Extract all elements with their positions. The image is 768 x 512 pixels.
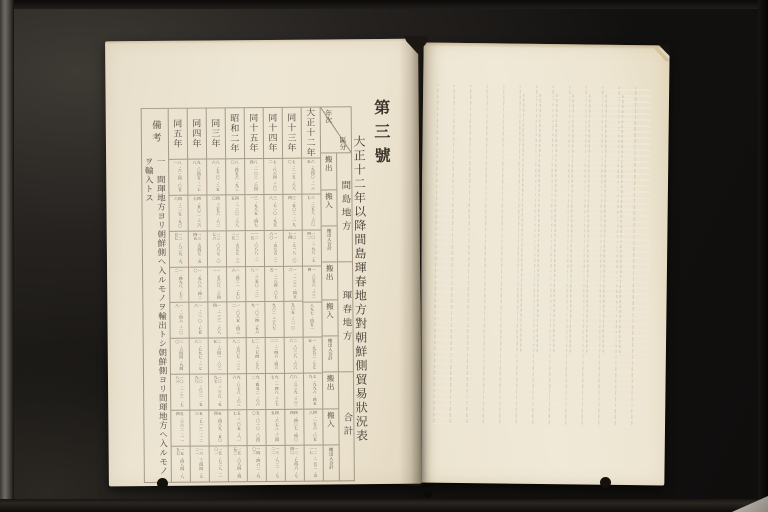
page-left-table: 第三號 大正十二年以降間島琿春地方對朝鮮側貿易狀況表 備考 一 間琿地方ヨリ朝鮮…	[105, 39, 422, 487]
photo-stage: 第三號 大正十二年以降間島琿春地方對朝鮮側貿易狀況表 備考 一 間琿地方ヨリ朝鮮…	[0, 0, 768, 512]
table-cell: 一,〇二四,五六九	[246, 301, 264, 337]
remarks-label: 備考	[142, 109, 168, 155]
year-label: 同三年	[207, 108, 225, 158]
subheader-cell: 搬出	[323, 372, 338, 408]
table-cell: 八,四五六,九三〇	[226, 158, 244, 194]
subheader-cell: 搬出	[321, 154, 336, 190]
table-cell: 五,二〇五,八一七	[228, 409, 246, 445]
subheader-column: 搬出 搬入 搬出入合計	[323, 372, 339, 480]
subheader-cell: 搬入	[321, 190, 336, 226]
corner-label-category: 區分	[338, 136, 348, 150]
subheader-cell: 搬入	[322, 299, 337, 335]
remarks-column: 備考 一 間琿地方ヨリ朝鮮側ヘ入ルモノヲ輸出トシ朝鮮側ヨリ間琿地方ヘ入ルモノヲ輸…	[142, 109, 171, 482]
binding-hole	[600, 477, 611, 488]
table-cell: 三,二五八,六〇七	[302, 193, 320, 229]
table-cell: 五,三六二,一一四	[171, 410, 189, 446]
table-cell: 四,一五六,〇五八	[304, 409, 322, 445]
frame-edge-left	[0, 0, 14, 512]
table-cell: 八九七,四五一	[303, 301, 321, 337]
table-cell: 一三,五四七,五四五	[189, 230, 207, 266]
table-cell: 一一,五七五,二六〇	[265, 229, 283, 265]
table-cell: 一,四二一,七〇六	[227, 266, 245, 302]
table-cell: 四,五〇二,三六七	[188, 194, 206, 230]
frame-edge-top	[0, 0, 768, 9]
table-cell: 一,一二三,四五六	[284, 265, 302, 301]
table-cell: 七,九九六,四五九	[304, 373, 322, 409]
bleed-through-text	[520, 94, 633, 355]
table-cell: 七,二一五,八八〇	[283, 157, 301, 193]
subheader-cell: 搬出	[322, 263, 337, 299]
table-cell: 五,七一三,一二三	[190, 410, 208, 446]
table-cell: 二,六四四,九四〇	[171, 338, 189, 374]
remarks-note: 一 間琿地方ヨリ朝鮮側ヘ入ルモノヲ輸出トシ朝鮮側ヨリ間琿地方ヘ入ルモノヲ輸入トス	[142, 155, 171, 482]
table-cell: 三,五〇二,一九四	[283, 193, 301, 229]
table-cell: 九,〇四五,一七八	[188, 158, 206, 194]
table-cell: 一,〇八五,四三二	[227, 302, 245, 338]
table-cell: 一〇,二三八,五九七	[209, 374, 227, 410]
table-cell: 四,三五六,八二〇	[207, 194, 225, 230]
doc-number: 第三號	[369, 99, 393, 217]
table-cell: 八,六二四,〇五一	[169, 158, 187, 194]
table-cell: 五,〇一〇,〇四〇	[247, 409, 265, 445]
table-cell: 一五,七二八,一〇一	[210, 445, 228, 481]
table-cell: 九〇五,二一〇	[284, 301, 302, 337]
frame-edge-bottom	[0, 499, 768, 512]
table-cell: 四,六七三,三四五	[266, 409, 284, 445]
table-cell: 二,二四六,四六二	[266, 337, 284, 373]
year-label: 昭和二年	[226, 108, 244, 158]
page-right-blank	[418, 43, 669, 486]
table-cell: 一二,七四六,七四〇	[286, 445, 304, 481]
table-cell: 四,四〇七,四〇四	[285, 409, 303, 445]
table-cell: 九六二,三八七	[265, 301, 283, 337]
table-cell: 一,九五三,七七五	[304, 337, 322, 373]
table-cell: 一五,〇八四,四五三	[229, 445, 247, 481]
table-cell: 一二,一五二,五一七	[305, 445, 323, 481]
table-cell: 一,〇五六,三二四	[303, 265, 321, 301]
table-cell: 一三,八二一,七二二	[267, 445, 285, 481]
subheader-cell: 搬入	[323, 408, 338, 444]
table-cell: 二,六四一,〇二五	[209, 338, 227, 374]
group-kanto: 搬出 搬入 搬出入合計 間島地方	[321, 152, 352, 262]
group-label: 琿春地方	[337, 263, 353, 371]
table-cell: 九,四五二,八六二	[247, 373, 265, 409]
table-cell: 一,三五〇,二一八	[246, 266, 264, 302]
year-label: 同四年	[188, 108, 206, 158]
group-label: 間島地方	[336, 153, 352, 261]
corner-cell: 年次 區分	[321, 107, 351, 152]
table-cell: 四,二一五,九〇六	[169, 194, 187, 230]
table-cell: 六,九四〇,一三五	[302, 158, 320, 194]
subheader-column: 搬出 搬入 搬出入合計	[321, 154, 337, 262]
table-cell: 一,一三二,六八四	[208, 302, 226, 338]
group-total: 搬出 搬入 搬出入合計 合計	[323, 371, 354, 481]
table-cell: 三,七一〇,九五八	[264, 194, 282, 230]
table-cell: 八,七三〇,二五六	[207, 158, 225, 194]
table-cell: 一四,四六二,九〇二	[248, 445, 266, 481]
table-cell: 一,五八六,四二〇	[189, 266, 207, 302]
table-cell: 八,一〇二,六四四	[245, 158, 263, 194]
table-cell: 一三,〇八七,〇七六	[208, 230, 226, 266]
year-label: 同十四年	[264, 108, 282, 158]
year-label: 同十三年	[283, 108, 301, 158]
year-label: 大正十二年	[302, 108, 320, 158]
table-cell: 九,一四八,三七七	[266, 373, 284, 409]
table-cell: 九,八七八,六三六	[228, 373, 246, 409]
group-konshun: 搬出 搬入 搬出入合計 琿春地方	[322, 262, 353, 372]
table-cell: 一〇,七一八,〇七四	[284, 229, 302, 265]
trade-table: 備考 一 間琿地方ヨリ朝鮮側ヘ入ルモノヲ輸出トシ朝鮮側ヨリ間琿地方ヘ入ルモノヲ輸…	[141, 106, 355, 483]
binding-hole	[157, 478, 168, 489]
table-cell: 一二,〇八八,一一五	[246, 230, 264, 266]
year-label: 同五年	[169, 109, 187, 159]
corner-label-years: 年次	[324, 109, 334, 123]
year-label: 同十五年	[245, 108, 263, 158]
table-cell: 一,四九八,七三二	[170, 266, 188, 302]
table-cell: 二,三七四,七八七	[247, 337, 265, 373]
subheader-cell: 搬出入合計	[322, 226, 337, 262]
year-columns: 大正十二年六,九四〇,一三五三,二五八,六〇七一〇,一九八,七四二一,〇五六,三…	[168, 108, 323, 482]
table-cell: 一,五〇八,三四一	[208, 266, 226, 302]
table-cell: 一,二一〇,七五六	[189, 302, 207, 338]
subheader-column: 搬出 搬入 搬出入合計	[322, 263, 338, 371]
doc-number-text: 第三號	[369, 99, 393, 171]
binding-hole	[424, 490, 432, 498]
table-cell: 二,七九七,一七六	[190, 338, 208, 374]
table-cell: 一二,五七七,三一五	[227, 230, 245, 266]
table-cell: 二,〇二八,六六六	[285, 337, 303, 373]
table-cell: 一,二八四,〇七五	[265, 265, 283, 301]
frame-edge-right	[758, 0, 768, 512]
binding-fold-shadow	[399, 38, 422, 486]
table-cell: 五,四八九,五〇四	[209, 410, 227, 446]
table-cell: 八,三三九,三三六	[285, 373, 303, 409]
table-cell: 四,一二〇,三八五	[226, 194, 244, 230]
table-cell: 一〇,一九八,七四二	[303, 229, 321, 265]
table-cell: 一〇,六三一,五九八	[190, 374, 208, 410]
table-cell: 一〇,一二二,七八三	[171, 374, 189, 410]
torn-corner	[654, 44, 670, 60]
table-cell: 一,一四六,二〇八	[170, 302, 188, 338]
table-cell: 七,八六四,三〇二	[264, 158, 282, 194]
table-cell: 一二,八三九,九五七	[170, 230, 188, 266]
table-cell: 三,九八五,四七一	[245, 194, 263, 230]
table-cell: 一六,三四四,七二一	[191, 446, 209, 482]
table-cell: 一五,四八四,八九七	[172, 446, 190, 482]
table-cell: 二,五〇七,一三八	[228, 338, 246, 374]
header-column: 年次 區分 搬出 搬入 搬出入合計 間島地方 搬出 搬入 搬出入合計	[320, 107, 354, 480]
subheader-cell: 搬出入合計	[323, 335, 338, 371]
group-label: 合計	[338, 372, 354, 480]
subheader-cell: 搬出入合計	[324, 444, 339, 480]
